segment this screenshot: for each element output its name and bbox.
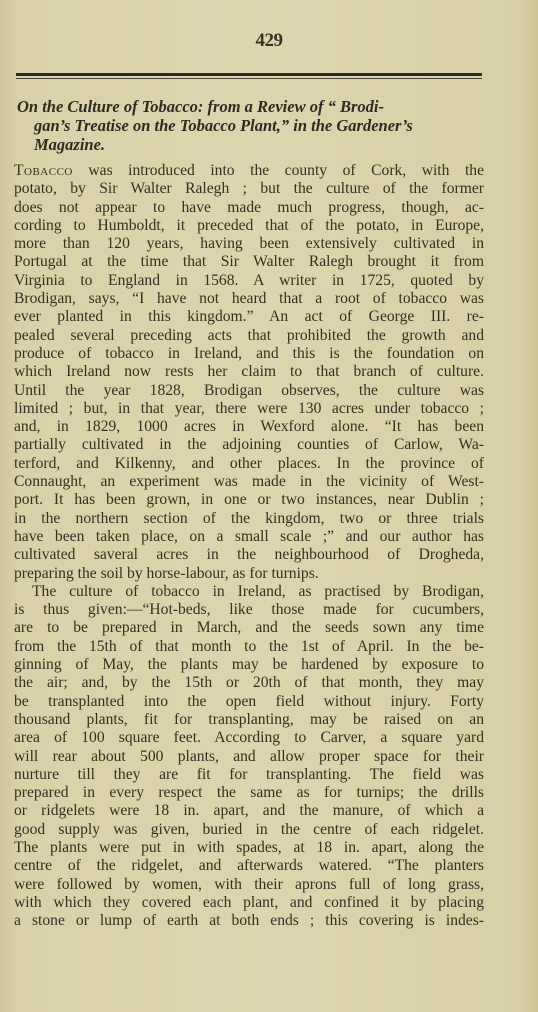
body-line: partially cultivated in the adjoining co… [14, 436, 484, 454]
body-line: The plants were put in with spades, at 1… [14, 839, 484, 857]
body-line: potato, by Sir Walter Ralegh ; but the c… [14, 180, 484, 198]
body-line: pealed several preceding acts that prohi… [14, 327, 484, 345]
title-line-3: Magazine. [17, 135, 483, 154]
body-line: more than 120 years, having been extensi… [14, 235, 484, 253]
body-line: Brodigan, says, “I have not heard that a… [14, 290, 484, 308]
article-body: Tobacco was introduced into the county o… [14, 162, 484, 930]
body-line: The culture of tobacco in Ireland, as pr… [14, 583, 484, 601]
article-title: On the Culture of Tobacco: from a Review… [17, 97, 483, 154]
body-line: be transplanted into the open field with… [14, 693, 484, 711]
body-line: which Ireland now rests her claim to tha… [14, 363, 484, 381]
body-line: cultivated saveral acres in the neighbou… [14, 546, 484, 564]
body-line: have been taken place, on a small scale … [14, 528, 484, 546]
body-line: good supply was given, buried in the cen… [14, 821, 484, 839]
body-line: is thus given:—“Hot-beds, like those mad… [14, 601, 484, 619]
body-line: Virginia to England in 1568. A writer in… [14, 272, 484, 290]
body-line: cording to Humboldt, it preceded that of… [14, 217, 484, 235]
body-line: from the 15th of that month to the 1st o… [14, 638, 484, 656]
body-line: and, in 1829, 1000 acres in Wexford alon… [14, 418, 484, 436]
header-rule-thick [16, 73, 482, 76]
body-line: are to be prepared in March, and the see… [14, 619, 484, 637]
body-line: in the northern section of the kingdom, … [14, 510, 484, 528]
body-line: does not appear to have made much progre… [14, 199, 484, 217]
body-line: the air; and, by the 15th or 20th of tha… [14, 674, 484, 692]
title-line-2: gan’s Treatise on the Tobacco Plant,” in… [17, 116, 483, 135]
header-rule-thin [16, 78, 482, 79]
body-line: Portugal at the time that Sir Walter Ral… [14, 253, 484, 271]
page-number: 429 [0, 30, 538, 52]
body-line: produce of tobacco in Ireland, and this … [14, 345, 484, 363]
body-line: Connaught, an experiment was made in the… [14, 473, 484, 491]
body-line: a stone or lump of earth at both ends ; … [14, 912, 484, 930]
body-line: area of 100 square feet. According to Ca… [14, 729, 484, 747]
body-line: port. It has been grown, in one or two i… [14, 491, 484, 509]
body-line: preparing the soil by horse-labour, as f… [14, 565, 484, 583]
title-line-1: On the Culture of Tobacco: from a Review… [17, 97, 483, 116]
book-page: 429 On the Culture of Tobacco: from a Re… [0, 0, 538, 1012]
body-line: will rear about 500 plants, and allow pr… [14, 748, 484, 766]
body-line: limited ; but, in that year, there were … [14, 400, 484, 418]
body-line: Until the year 1828, Brodigan observes, … [14, 382, 484, 400]
body-line: Tobacco was introduced into the county o… [14, 162, 484, 180]
body-line: terford, and Kilkenny, and other places.… [14, 455, 484, 473]
body-line: ever planted in this kingdom.” An act of… [14, 308, 484, 326]
body-line: were followed by women, with their apron… [14, 876, 484, 894]
body-line: ginning of May, the plants may be harden… [14, 656, 484, 674]
body-line: centre of the ridgelet, and afterwards w… [14, 857, 484, 875]
body-line: thousand plants, fit for transplanting, … [14, 711, 484, 729]
body-line: nurture till they are fit for transplant… [14, 766, 484, 784]
body-line: or ridgelets were 18 in. apart, and the … [14, 802, 484, 820]
body-line: with which they covered each plant, and … [14, 894, 484, 912]
drop-word: Tobacco [14, 162, 73, 179]
body-line: prepared in every respect the same as fo… [14, 784, 484, 802]
